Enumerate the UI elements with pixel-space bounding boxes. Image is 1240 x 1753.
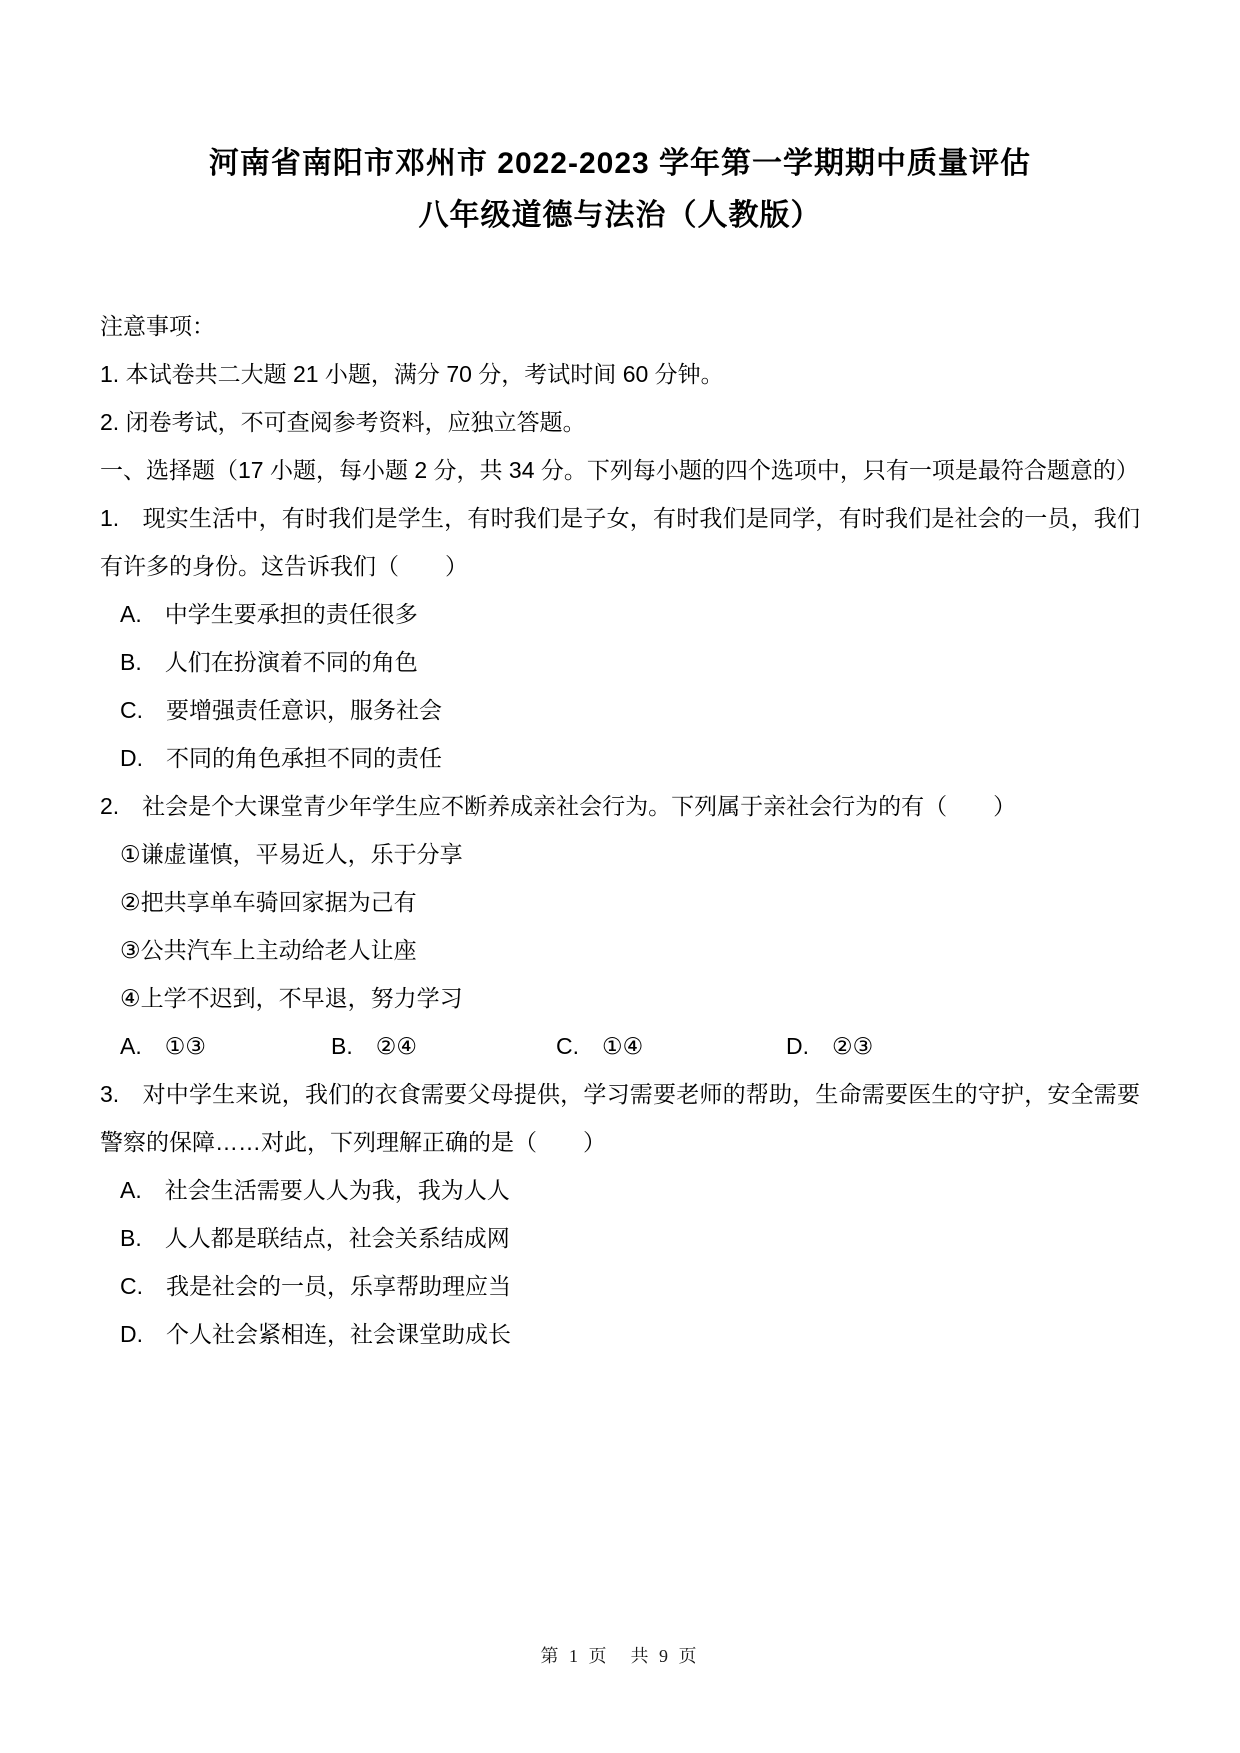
exam-body: 注意事项： 1. 本试卷共二大题 21 小题，满分 70 分，考试时间 60 分… — [0, 302, 1240, 1358]
page-subtitle: 八年级道德与法治（人教版） — [0, 190, 1240, 242]
question-3-option-d: D. 个人社会紧相连，社会课堂助成长 — [100, 1310, 1140, 1358]
question-2-option-c: C. ①④ — [556, 1022, 786, 1070]
question-2-option-d: D. ②③ — [786, 1022, 1140, 1070]
question-2-item-3: ③公共汽车上主动给老人让座 — [100, 926, 1140, 974]
question-3-option-a: A. 社会生活需要人人为我，我为人人 — [100, 1166, 1140, 1214]
question-3-option-b: B. 人人都是联结点，社会关系结成网 — [100, 1214, 1140, 1262]
question-2-item-4: ④上学不迟到，不早退，努力学习 — [100, 974, 1140, 1022]
exam-title-block: 河南省南阳市邓州市 2022-2023 学年第一学期期中质量评估 八年级道德与法… — [0, 0, 1240, 242]
question-1-option-b: B. 人们在扮演着不同的角色 — [100, 638, 1140, 686]
question-2-item-1: ①谦虚谨慎，平易近人，乐于分享 — [100, 830, 1140, 878]
exam-page: 河南省南阳市邓州市 2022-2023 学年第一学期期中质量评估 八年级道德与法… — [0, 0, 1240, 1753]
question-1-option-a: A. 中学生要承担的责任很多 — [100, 590, 1140, 638]
note-item-1: 1. 本试卷共二大题 21 小题，满分 70 分，考试时间 60 分钟。 — [100, 350, 1140, 398]
question-2-stem: 2. 社会是个大课堂青少年学生应不断养成亲社会行为。下列属于亲社会行为的有（ ） — [100, 782, 1140, 830]
question-3-option-c: C. 我是社会的一员，乐享帮助理应当 — [100, 1262, 1140, 1310]
question-1-stem: 1. 现实生活中，有时我们是学生，有时我们是子女，有时我们是同学，有时我们是社会… — [100, 494, 1140, 590]
question-2-option-b: B. ②④ — [331, 1022, 556, 1070]
question-2-option-a: A. ①③ — [120, 1022, 331, 1070]
note-item-2: 2. 闭卷考试，不可查阅参考资料，应独立答题。 — [100, 398, 1140, 446]
question-1-option-c: C. 要增强责任意识，服务社会 — [100, 686, 1140, 734]
question-3-stem: 3. 对中学生来说，我们的衣食需要父母提供，学习需要老师的帮助，生命需要医生的守… — [100, 1070, 1140, 1166]
notes-heading: 注意事项： — [100, 302, 1140, 350]
question-2-item-2: ②把共享单车骑回家据为己有 — [100, 878, 1140, 926]
section-heading: 一、选择题（17 小题，每小题 2 分，共 34 分。下列每小题的四个选项中，只… — [100, 446, 1140, 494]
question-2-options-row: A. ①③ B. ②④ C. ①④ D. ②③ — [100, 1022, 1140, 1070]
page-footer: 第 1 页 共 9 页 — [0, 1642, 1240, 1668]
question-1-option-d: D. 不同的角色承担不同的责任 — [100, 734, 1140, 782]
page-title: 河南省南阳市邓州市 2022-2023 学年第一学期期中质量评估 — [0, 138, 1240, 190]
